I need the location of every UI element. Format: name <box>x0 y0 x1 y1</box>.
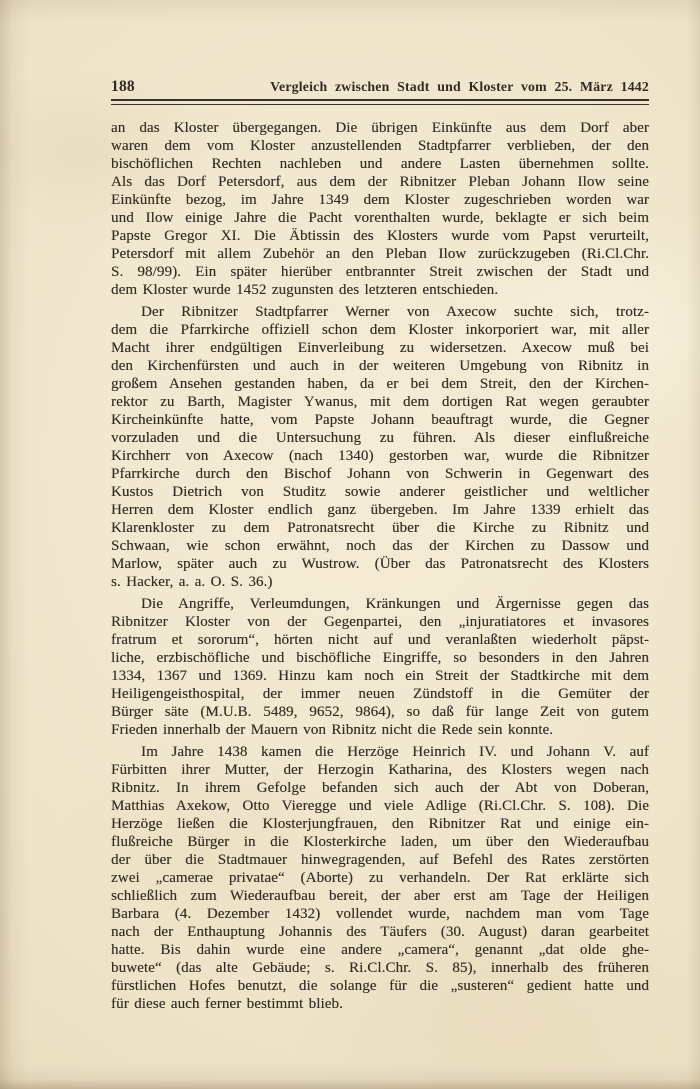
header-double-rule <box>111 99 649 105</box>
text-line: Als das Dorf Petersdorf, aus dem der Rib… <box>111 173 649 191</box>
text-line: buwete“ (das alte Gebäude; s. Ri.Cl.Chr.… <box>111 959 649 977</box>
text-line: Fürbitten ihrer Mutter, der Herzogin Kat… <box>111 761 649 779</box>
text-line: Barbara (4. Dezember 1432) vollendet wur… <box>111 905 649 923</box>
text-line: Heiligengeisthospital, der immer neuen Z… <box>111 685 649 703</box>
text-line: großem Ansehen gestanden haben, da er be… <box>111 375 649 393</box>
page-body: an das Kloster übergegangen. Die übrigen… <box>111 119 649 1013</box>
text-line: Macht ihrer endgültigen Einverleibung zu… <box>111 339 649 357</box>
running-title: Vergleich zwischen Stadt und Kloster vom… <box>270 79 649 95</box>
text-line: dem die Pfarrkirche offiziell schon dem … <box>111 321 649 339</box>
text-line: vorzuladen und die Untersuchung zu führe… <box>111 429 649 447</box>
scanned-book-page: 188 Vergleich zwischen Stadt und Kloster… <box>0 0 700 1089</box>
text-line: Herren dem Kloster endlich ganz übergebe… <box>111 501 649 519</box>
page-number: 188 <box>111 78 135 96</box>
text-line: Matthias Axekow, Otto Vieregge und viele… <box>111 797 649 815</box>
text-line: an das Kloster übergegangen. Die übrigen… <box>111 119 649 137</box>
page-header: 188 Vergleich zwischen Stadt und Kloster… <box>111 78 649 96</box>
text-line: schließlich zum Wiederaufbau bereit, der… <box>111 887 649 905</box>
text-line: und Ilow einige Jahre die Pacht vorentha… <box>111 209 649 227</box>
paragraph: Der Ribnitzer Stadtpfarrer Werner von Ax… <box>111 303 649 591</box>
text-line: Frieden innerhalb der Mauern von Ribnitz… <box>111 721 649 739</box>
paragraph: Die Angriffe, Verleumdungen, Kränkungen … <box>111 595 649 739</box>
text-line: Ribnitz. In ihrem Gefolge befanden sich … <box>111 779 649 797</box>
text-line: Schwaan, wie schon erwähnt, noch das der… <box>111 537 649 555</box>
text-line: Marlow, später auch zu Wustrow. (Über da… <box>111 555 649 573</box>
text-line: nach der Enthauptung Johannis des Täufer… <box>111 923 649 941</box>
paragraph: an das Kloster übergegangen. Die übrigen… <box>111 119 649 299</box>
text-line: zwei „camerae privatae“ (Aborte) zu verh… <box>111 869 649 887</box>
text-line: der über die Stadtmauer hinwegragenden, … <box>111 851 649 869</box>
text-line: Der Ribnitzer Stadtpfarrer Werner von Ax… <box>111 303 649 321</box>
paragraph: Im Jahre 1438 kamen die Herzöge Heinrich… <box>111 743 649 1013</box>
text-line: bischöflichen Rechten nachleben und ande… <box>111 155 649 173</box>
text-line: flußreiche Bürger in die Klosterkirche l… <box>111 833 649 851</box>
text-line: fürstlichen Hofes benutzt, die solange f… <box>111 977 649 995</box>
text-line: Herzöge ließen die Klosterjungfrauen, de… <box>111 815 649 833</box>
text-line: S. 98/99). Ein später hierüber entbrannt… <box>111 263 649 281</box>
text-line: für diese auch ferner bestimmt blieb. <box>111 995 649 1013</box>
text-line: Kircheinkünfte hatte, vom Papste Johann … <box>111 411 649 429</box>
text-line: Kustos Dietrich von Studitz sowie andere… <box>111 483 649 501</box>
text-line: Klarenkloster zu dem Patronatsrecht über… <box>111 519 649 537</box>
text-line: den Kirchenfürsten und auch in der weite… <box>111 357 649 375</box>
text-line: dem Kloster wurde 1452 zugunsten des let… <box>111 281 649 299</box>
text-line: Die Angriffe, Verleumdungen, Kränkungen … <box>111 595 649 613</box>
text-line: fratrum et sororum“, hörten nicht auf un… <box>111 631 649 649</box>
text-line: Im Jahre 1438 kamen die Herzöge Heinrich… <box>111 743 649 761</box>
text-line: Pfarrkirche durch den Bischof Johann von… <box>111 465 649 483</box>
text-line: waren dem vom Kloster anzustellenden Sta… <box>111 137 649 155</box>
text-line: hatte. Bis dahin wurde eine andere „came… <box>111 941 649 959</box>
text-line: Kirchherr von Axecow (nach 1340) gestorb… <box>111 447 649 465</box>
text-line: Einkünfte bezog, im Jahre 1349 dem Klost… <box>111 191 649 209</box>
text-line: liche, erzbischöfliche und bischöfliche … <box>111 649 649 667</box>
text-line: Papste Gregor XI. Die Äbtissin des Klost… <box>111 227 649 245</box>
text-line: Petersdorf mit allem Zubehör an den Pleb… <box>111 245 649 263</box>
text-line: s. Hacker, a. a. O. S. 36.) <box>111 573 649 591</box>
text-line: Bürger säte (M.U.B. 5489, 9652, 9864), s… <box>111 703 649 721</box>
text-line: 1334, 1367 und 1369. Hinzu kam noch ein … <box>111 667 649 685</box>
text-line: Ribnitzer Kloster von der Gegenpartei, d… <box>111 613 649 631</box>
text-line: rektor zu Barth, Magister Ywanus, mit de… <box>111 393 649 411</box>
